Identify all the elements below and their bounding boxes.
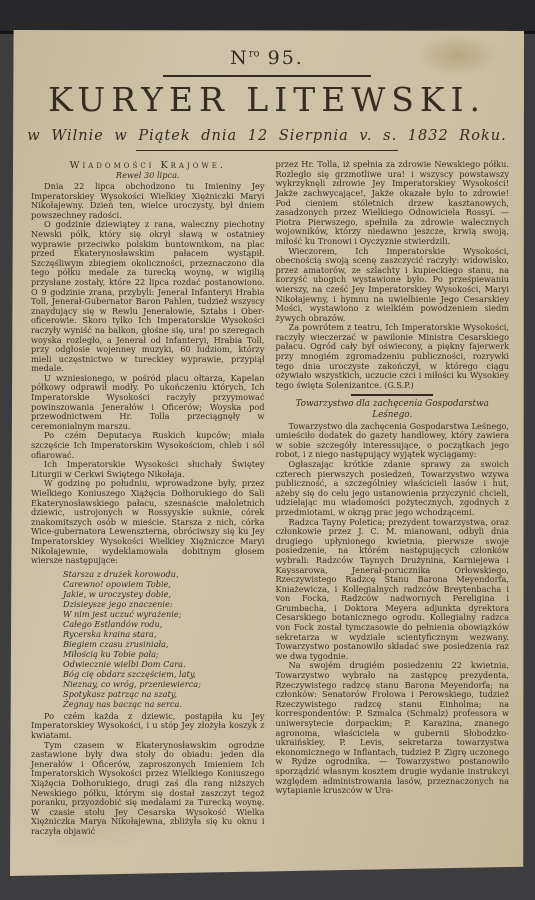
poem: Starsza z drużek korowodu,Carewno! opowi… <box>63 569 265 709</box>
poem-line: Odwiecznie wielbi Dom Cara. <box>63 659 265 669</box>
paragraph: Tym czasem w Ekaterynosławskim ogrodzie … <box>31 741 265 837</box>
paragraph: Dnia 22 lipca obchodzono tu Imieniny Jey… <box>31 182 265 220</box>
paragraph: O godzinie dziewiątey z rana, waleczny p… <box>31 220 265 374</box>
poem-line: Żegnay nas bacząc na serca. <box>63 699 265 709</box>
left-column-paragraphs-after-poem: Po czém każda z dziewic, postąpiła ku Je… <box>31 712 265 837</box>
issue-number: Nro 95. <box>10 47 524 69</box>
right-column-paragraphs: przez Hr. Tolla, iż spełnia za zdrowie N… <box>276 160 510 390</box>
paragraph: Radzca Tayny Poletica; prezydent towarzy… <box>276 518 510 662</box>
paragraph: U wzniesionego, w pośród placu ołtarza, … <box>31 374 265 432</box>
newspaper-title: KURYER LITEWSKI. <box>10 80 524 119</box>
masthead-rule-bottom <box>136 150 398 152</box>
paragraph: Po czém Deputacya Ruskich kupców; miała … <box>31 431 265 460</box>
masthead-rule-top <box>163 75 371 77</box>
paragraph: Wieczorem, Ich Imperatorskie Wysokości, … <box>276 247 510 324</box>
scan-background-top-band <box>0 0 535 34</box>
poem-line: Jakie, w uroczystey dobie, <box>63 589 265 599</box>
masthead-dateline: w Wilnie w Piątek dnia 12 Sierpnia v. s.… <box>10 128 524 144</box>
poem-line: Carewno! opowiem Tobie, <box>63 579 265 589</box>
poem-line: Starsza z drużek korowodu, <box>63 569 265 579</box>
paragraph: Na swojém drugiém posiedzeniu 22 kwietni… <box>276 661 510 795</box>
paragraph: Ogłaszając krótkie zdanie sprawy za swoi… <box>276 460 510 518</box>
poem-line: Bóg cię obdarz szczęściem, laty, <box>63 669 265 679</box>
poem-line: Miłością ku Tobie pała; <box>63 649 265 659</box>
left-column-paragraphs: Dnia 22 lipca obchodzono tu Imieniny Jey… <box>31 182 265 566</box>
section-heading-forestry-society: Towarzystwo dla zachęcenia Gospodarstwa … <box>286 399 500 421</box>
article-columns: Wiadomości Krajowe. Rewel 30 lipca. Dnia… <box>10 158 524 836</box>
paragraph: przez Hr. Tolla, iż spełnia za zdrowie N… <box>276 160 510 246</box>
paragraph: Ich Imperatorskie Wysokości słuchały Świ… <box>31 460 265 479</box>
poem-line: Nieznay, co wróg, przeniewierca; <box>63 679 265 689</box>
section-dateline-rewel: Rewel 30 lipca. <box>31 171 265 181</box>
poem-line: Dzisieysze jego znaczenie: <box>63 599 265 609</box>
poem-line: Całego Estlandów rodu, <box>63 619 265 629</box>
issue-superscript: ro <box>249 49 260 60</box>
poem-line: Biegiem czasu zrusiniała, <box>63 639 265 649</box>
paragraph: Za powrótem z teatru, Ich Imperatorskie … <box>276 323 510 390</box>
paragraph: Po czém każda z dziewic, postąpiła ku Je… <box>31 712 265 741</box>
poem-line: Rycerska kraina stara, <box>63 629 265 639</box>
poem-line: Spotykasz patrząc na szaty, <box>63 689 265 699</box>
paragraph: W godzinę po południu, wprowadzone były,… <box>31 479 265 565</box>
paragraph: Towarzystwo dla zachęcenia Gospodarstwa … <box>276 422 510 460</box>
right-column-paragraphs-forestry: Towarzystwo dla zachęcenia Gospodarstwa … <box>276 422 510 796</box>
issue-prefix: N <box>230 47 249 69</box>
newspaper-page: Nro 95. KURYER LITEWSKI. w Wilnie w Piąt… <box>10 30 524 876</box>
left-column: Wiadomości Krajowe. Rewel 30 lipca. Dnia… <box>31 160 265 836</box>
section-divider-rule <box>351 394 433 395</box>
poem-line: W nim jest uczuć wyrażenie; <box>63 609 265 619</box>
issue-value: 95. <box>268 47 304 69</box>
masthead: Nro 95. KURYER LITEWSKI. w Wilnie w Piąt… <box>10 30 524 151</box>
right-column: przez Hr. Tolla, iż spełnia za zdrowie N… <box>276 160 510 836</box>
